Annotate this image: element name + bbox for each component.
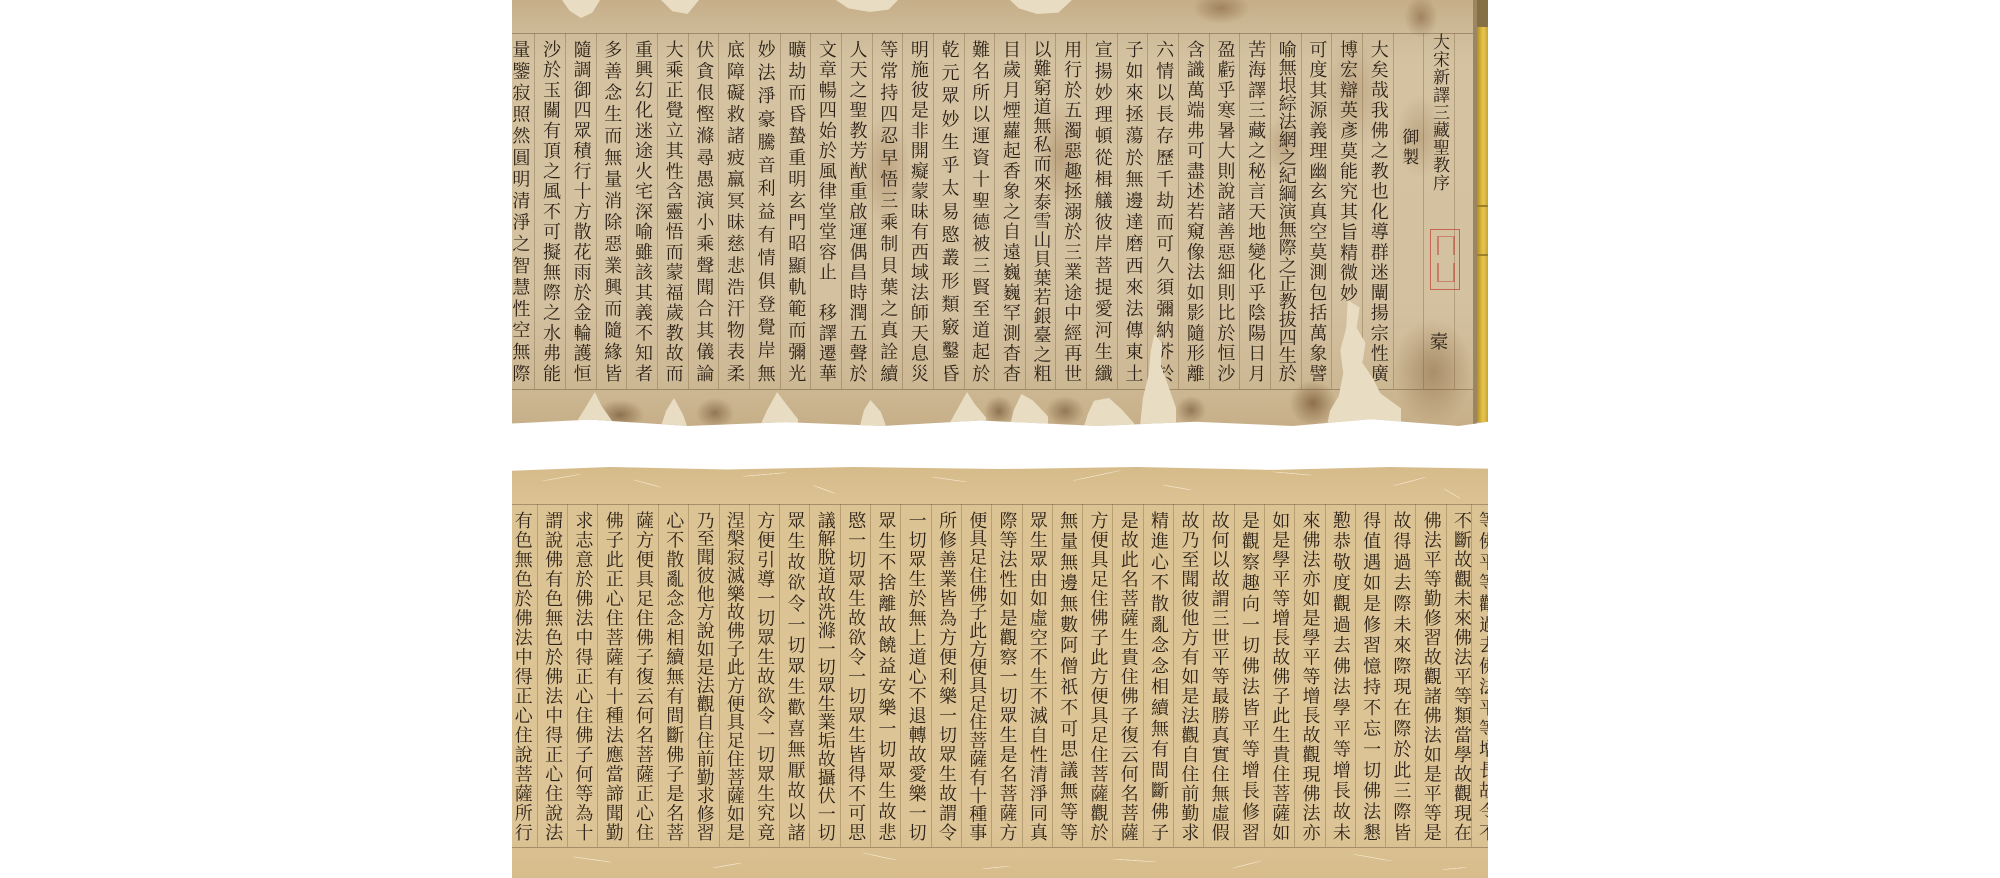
text-column: 盈虧乎寒暑大則說諸善惡細則比於恒沙 [1209, 33, 1240, 389]
paper-fibre [1443, 488, 1461, 499]
text-column: 故得過去際未來際現在際於此三際皆 [1385, 504, 1415, 847]
text-column: 薩方便具足住佛子復云何名菩薩正心住 [628, 504, 658, 847]
paper-fibre [813, 485, 837, 494]
text-column: 謂說佛有色無色於佛法中得正心住說法 [537, 504, 567, 847]
seal-glyph [1437, 263, 1455, 282]
text-column: 多善念生而無量消除惡業興而隨緣皆 [596, 33, 627, 389]
text-column: 議解脫道故洗滌一切眾生業垢故攝伏一切 [809, 504, 839, 847]
text-column: 文章暢四始於風律堂堂容止 移譯遷華 [810, 33, 841, 389]
text-column: 故乃至聞彼他方有如是法觀自住前勤求 [1173, 504, 1203, 847]
text-column: 方便具足住佛子此方便具足住菩薩觀於 [1082, 504, 1112, 847]
paper-damage-patch [760, 392, 798, 426]
paper-fibre [542, 474, 582, 482]
text-column: 所修善業皆為方便利樂一切眾生故謂令 [931, 504, 961, 847]
gilt-border-strip [1477, 27, 1488, 422]
text-column: 來佛法亦如是學平等增長故觀現佛法亦 [1294, 504, 1324, 847]
text-column: 是故此名菩薩生貴住佛子復云何名菩薩 [1112, 504, 1142, 847]
text-column: 眾生眾由如虛空不生不滅自性清淨同真 [1022, 504, 1052, 847]
manuscript-sheet-lower: 等佛平等觀過去佛法平等增長故令不 不斷故觀未來佛法平等類當學故觀現在 佛法平等勤… [512, 467, 1488, 878]
text-column: 沙於玉關有頂之風不可擬無際之水弗能 [534, 33, 565, 389]
text-columns-upper: 大宋新譯三藏聖教序 御製 大矣哉我佛之教也化導群迷闡揚宗性廣 博宏辯英彥莫能究其… [512, 33, 1455, 389]
text-column: 用行於五濁惡趣拯溺於三業途中經再世 [1055, 33, 1086, 389]
paper-damage-patch [948, 392, 986, 426]
text-column: 伏貪佷慳滌尋愚演小乘聲聞合其儀論 [688, 33, 719, 389]
paper-damage-patch [562, 0, 600, 18]
text-column: 精進心不散亂念念相續無有間斷佛子 [1143, 504, 1173, 847]
paper-fibre [1232, 860, 1261, 868]
text-column: 底障礙救諸疲羸冥昧慈悲浩汗物表柔 [718, 33, 749, 389]
text-column: 佛子此正心住菩薩有十種法應當諦聞勤 [597, 504, 627, 847]
text-column: 便具足住佛子此方便具足住菩薩有十種事 [961, 504, 991, 847]
text-column: 子如來拯蕩於無邊達磨西來法傳東土 [1117, 33, 1148, 389]
gilt-border-joint [1477, 205, 1488, 207]
text-column: 無量無邊無數阿僧祇不可思議無等等 [1052, 504, 1082, 847]
paper-fibre [632, 479, 661, 488]
text-column: 量鑒寂照然圓明清淨之智慧性空無際 [512, 33, 534, 389]
text-column: 有色無色於佛法中得正心住說菩薩所行 [512, 504, 537, 847]
text-column: 際等法性如是觀察一切眾生是名菩薩方 [991, 504, 1021, 847]
paper-damage-patch [860, 400, 886, 426]
text-column: 宣揚妙理頓從楫艤彼岸菩提愛河生纖 [1086, 33, 1117, 389]
paper-fibre [862, 852, 896, 860]
text-column: 是觀察趣向一切佛法皆平等增長修習 [1234, 504, 1264, 847]
paper-fibre [1442, 867, 1467, 870]
paper-fibre [572, 856, 612, 863]
water-stain [984, 396, 1014, 426]
text-column: 以難窮道無私而來泰雪山貝葉若銀臺之粗 [1025, 33, 1056, 389]
mounting-edge-dark [1477, 0, 1488, 27]
text-column: 懃恭敬度觀過去佛法學平等增長故未 [1325, 504, 1355, 847]
seal-glyph [1437, 236, 1455, 255]
text-column: 曠劫而昏蟄重明玄門昭顯軌範而彌光 [780, 33, 811, 389]
water-stain [1176, 396, 1206, 424]
red-seal-stamp [1430, 229, 1460, 290]
text-column: 六情以長存歷千劫而可久須彌納芥於 [1147, 33, 1178, 389]
paper-damage-patch [1010, 394, 1048, 426]
paper-fibre [932, 477, 967, 483]
text-column: 妙法淨豪騰音利益有情俱登覺岸無 [749, 33, 780, 389]
text-column: 求志意於佛法中得正心住佛子何等為十 [567, 504, 597, 847]
text-column: 等常持四忍早悟三乘制貝葉之真詮續 [872, 33, 903, 389]
text-column: 喻無垠綜法網之紀綱演無際之正教拔四生於 [1270, 33, 1301, 389]
ruled-line-bottom [512, 847, 1488, 848]
text-column: 涅槃寂滅樂故佛子此方便具足住菩薩如是 [719, 504, 749, 847]
text-column: 不斷故觀未來佛法平等類當學故觀現在 [1446, 504, 1476, 847]
gilt-border-joint [1477, 254, 1488, 256]
text-column: 明施彼是非開癡蒙昧有西域法師天息災 [902, 33, 933, 389]
paper-damage-patch [836, 0, 898, 12]
water-stain [696, 398, 734, 426]
text-column: 目歲月煙蘿起香象之自遠巍巍罕測杳杳 [994, 33, 1025, 389]
text-column: 佛法平等勤修習故觀諸佛法如是平等是 [1415, 504, 1445, 847]
text-column: 故何以故謂三世平等最勝真實住無虛假 [1203, 504, 1233, 847]
water-stain [1046, 396, 1084, 426]
text-column: 大矣哉我佛之教也化導群迷闡揚宗性廣 [1362, 33, 1393, 389]
paper-fibre [982, 866, 1010, 870]
paper-fibre [1352, 854, 1392, 862]
title-mark: 槖 [1428, 332, 1450, 354]
paper-fibre [1392, 476, 1426, 486]
water-stain [1192, 0, 1250, 24]
text-columns-lower: 不斷故觀未來佛法平等類當學故觀現在 佛法平等勤修習故觀諸佛法如是平等是 故得過去… [512, 504, 1476, 847]
text-column: 眾生不捨離故饒益安樂一切眾生故悲 [870, 504, 900, 847]
text-column: 一切眾生於無上道心不退轉故愛樂一切 [900, 504, 930, 847]
text-column: 如是學平等增長故佛子此生貴住菩薩如 [1264, 504, 1294, 847]
text-column: 重興幻化迷途火宅深喻雖該其義不知者 [626, 33, 657, 389]
paper-fibre [712, 862, 742, 868]
text-column: 難名所以運資十聖德被三賢至道起於 [964, 33, 995, 389]
text-column: 隨調御四眾積行十方散花雨於金輪護恒 [565, 33, 596, 389]
text-column: 得值遇如是修習憶持不忘一切佛法懇 [1355, 504, 1385, 847]
paper-fibre [1162, 484, 1192, 490]
text-column: 方便引導一切眾生故欲令一切眾生究竟 [749, 504, 779, 847]
text-column: 苦海譯三藏之秘言天地變化乎陰陽日月 [1239, 33, 1270, 389]
text-column: 乃至聞彼他方說如是法觀自住前勤求修習 [688, 504, 718, 847]
paper-damage-patch [1010, 0, 1072, 14]
paper-fibre [742, 472, 787, 477]
text-column: 乾元眾妙生乎太易愍叢形類竅鑿昏 [933, 33, 964, 389]
paper-fibre [1072, 470, 1121, 481]
text-column: 大乘正覺立其性含靈悟而蒙福歲教故而 [657, 33, 688, 389]
text-column: 含識萬端弗可盡述若窺像法如影隨形離 [1178, 33, 1209, 389]
text-column: 可度其源義理幽玄真空莫測包括萬象譬 [1301, 33, 1332, 389]
text-column: 人天之聖教芳猷重啟運偶昌時潤五聲於 [841, 33, 872, 389]
text-column: 心不散亂念念相續無有間斷佛子是名菩 [658, 504, 688, 847]
paper-damage-patch [661, 398, 687, 426]
text-column: 愍一切眾生故欲令一切眾生皆得不可思 [840, 504, 870, 847]
author-line: 御製 [1393, 33, 1424, 389]
paper-fibre [1272, 471, 1312, 475]
manuscript-sheet-upper: 大宋新譯三藏聖教序 御製 大矣哉我佛之教也化導群迷闡揚宗性廣 博宏辯英彥莫能究其… [512, 0, 1488, 426]
text-column: 眾生故欲令一切眾生歡喜無厭故以諸 [779, 504, 809, 847]
paper-fibre [1112, 858, 1157, 862]
paper-damage-patch [661, 0, 699, 14]
paper-damage-patch [1084, 398, 1134, 426]
